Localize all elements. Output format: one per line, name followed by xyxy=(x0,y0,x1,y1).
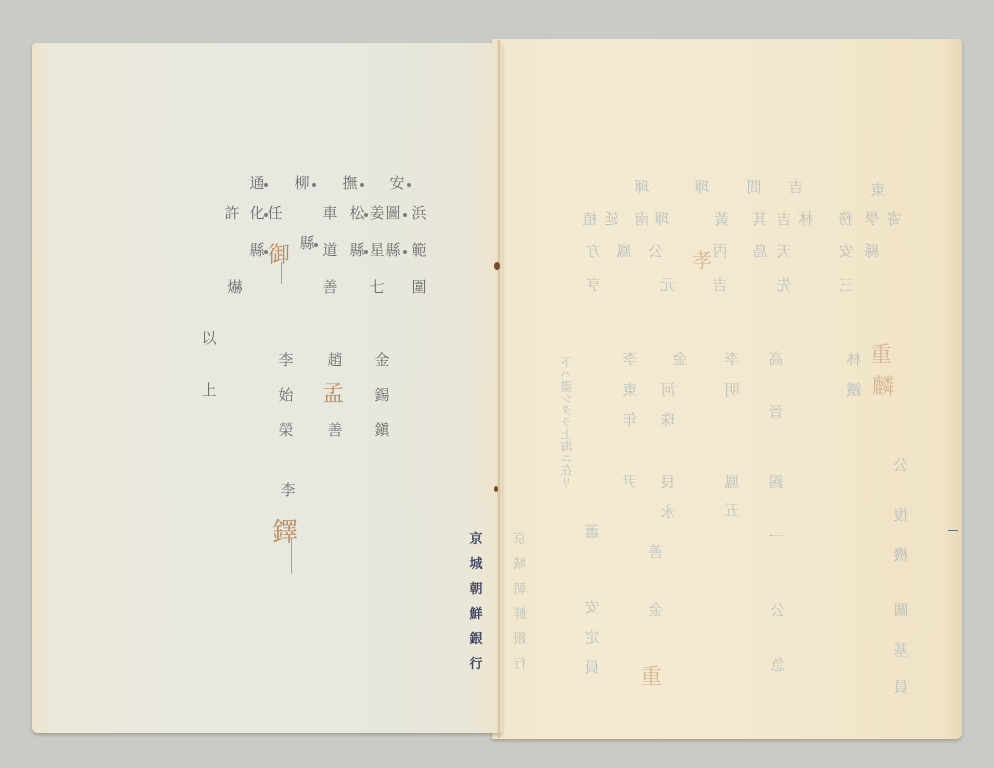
ghost-char: 丙 xyxy=(712,244,728,259)
ghost-signature: 麟 xyxy=(872,370,894,401)
char: 柳 xyxy=(294,176,310,191)
ghost-char: 其 xyxy=(752,212,768,227)
char: 松 xyxy=(349,206,365,221)
ghost-char: 先 xyxy=(776,278,792,293)
ghost-char: 朝 xyxy=(512,582,528,597)
char: 榮 xyxy=(278,423,294,438)
char: 化 xyxy=(249,206,265,221)
ghost-char: 琿 xyxy=(694,180,710,195)
emphasis-dot xyxy=(264,183,268,187)
ghost-char: 天 xyxy=(776,244,792,259)
ghost-char: 間 xyxy=(746,180,762,195)
signature-ye: 御 xyxy=(268,238,290,269)
ghost-char: 林 xyxy=(798,212,814,227)
char: 七 xyxy=(369,280,385,295)
ghost-char: 縣 xyxy=(864,244,880,259)
emphasis-dot xyxy=(364,213,368,217)
ghost-char: 珠 xyxy=(660,413,676,428)
ghost-char: 鮮 xyxy=(512,607,528,622)
ghost-char: 三 xyxy=(838,278,854,293)
char: 爀 xyxy=(227,280,243,295)
emphasis-dot xyxy=(364,250,368,254)
emphasis-dot xyxy=(264,250,268,254)
char: 趙 xyxy=(327,353,343,368)
ghost-char: 李 xyxy=(724,352,740,367)
char: 車 xyxy=(322,206,338,221)
ghost-char: 明 xyxy=(724,383,740,398)
ghost-char: 安 xyxy=(838,244,854,259)
char: 縣 xyxy=(299,236,315,251)
signature-stroke xyxy=(281,262,282,284)
char: 圍 xyxy=(411,280,427,295)
ghost-char: 務 xyxy=(838,212,854,227)
ghost-char: 員 xyxy=(893,680,909,695)
ghost-char: 機 xyxy=(893,548,909,563)
ghost-char: 琿 xyxy=(634,180,650,195)
ghost-char: 金 xyxy=(672,352,688,367)
ghost-char: 植 xyxy=(582,212,598,227)
char: 鎭 xyxy=(374,423,390,438)
ghost-char: 鳳 xyxy=(616,244,632,259)
ghost-char: 基 xyxy=(893,643,909,658)
ghost-char: 永 xyxy=(660,505,676,520)
ghost-char: 定 xyxy=(584,630,600,645)
ghost-char: 林 xyxy=(846,352,862,367)
ghost-char: 復 xyxy=(893,508,909,523)
ghost-char: 城 xyxy=(512,557,528,572)
signature-mong: 孟 xyxy=(322,377,344,408)
ghost-note: 下ハ盡シタラ上海ニ在リ xyxy=(560,332,574,512)
char: 撫 xyxy=(342,176,358,191)
ghost-char: 鳳 xyxy=(724,475,740,490)
ghost-char: 學 xyxy=(864,212,880,227)
char: 星 xyxy=(369,243,385,258)
ghost-char: 亨 xyxy=(586,278,602,293)
char: 京 xyxy=(468,532,484,547)
char: 範 xyxy=(411,243,427,258)
char: 始 xyxy=(278,388,294,403)
char: 許 xyxy=(224,206,240,221)
ghost-char: 關 xyxy=(893,603,909,618)
char: 道 xyxy=(322,243,338,258)
ghost-signature: 孝 xyxy=(692,244,712,273)
char: 縣 xyxy=(249,243,265,258)
char: 金 xyxy=(374,353,390,368)
ghost-char: 鐵 xyxy=(846,383,862,398)
signature-stroke xyxy=(291,538,292,574)
char: 姜 xyxy=(369,206,385,221)
ghost-char: 公 xyxy=(893,458,909,473)
ghost-char: 公 xyxy=(770,603,786,618)
ghost-char: 島 xyxy=(752,244,768,259)
char: 浜 xyxy=(411,206,427,221)
char: 圖 xyxy=(385,206,401,221)
char: 以 xyxy=(201,331,217,346)
emphasis-dot xyxy=(314,243,318,247)
char: 銀 xyxy=(468,632,484,647)
ghost-char: 寄 xyxy=(886,212,902,227)
ghost-char: 一 xyxy=(768,530,784,545)
emphasis-dot xyxy=(312,183,316,187)
char: 城 xyxy=(468,557,484,572)
signature-taek: 鐸 xyxy=(272,512,298,549)
left-page xyxy=(32,43,502,733)
ghost-char: 吉 xyxy=(788,180,804,195)
char: 上 xyxy=(201,383,217,398)
ghost-char: 善 xyxy=(648,545,664,560)
char: 行 xyxy=(468,657,484,672)
char: 鮮 xyxy=(468,607,484,622)
ghost-char: 方 xyxy=(586,244,602,259)
ghost-char: 吉 xyxy=(776,212,792,227)
ghost-char: 錫 xyxy=(768,475,784,490)
ghost-char: 晉 xyxy=(768,405,784,420)
edge-mark xyxy=(948,530,958,531)
char: 縣 xyxy=(349,243,365,258)
ghost-signature: 重 xyxy=(640,660,662,691)
emphasis-dot xyxy=(264,213,268,217)
char: 善 xyxy=(322,280,338,295)
char: 李 xyxy=(278,353,294,368)
emphasis-dot xyxy=(360,183,364,187)
ghost-char: 南 xyxy=(634,212,650,227)
ghost-char: 行 xyxy=(512,657,528,672)
char: 安 xyxy=(389,176,405,191)
emphasis-dot xyxy=(403,213,407,217)
ghost-char: 河 xyxy=(660,383,676,398)
binding-hole-top xyxy=(494,262,500,270)
spine-fold xyxy=(497,40,501,738)
char: 善 xyxy=(327,423,343,438)
ghost-signature: 重 xyxy=(870,338,892,369)
char: 通 xyxy=(249,176,265,191)
emphasis-dot xyxy=(403,250,407,254)
ghost-char: 尹 xyxy=(622,475,638,490)
ghost-char: 金 xyxy=(648,603,664,618)
ghost-char: 安 xyxy=(584,600,600,615)
ghost-char: 高 xyxy=(768,352,784,367)
ghost-char: 艮 xyxy=(660,475,676,490)
ghost-char: 五 xyxy=(724,503,740,518)
char: 朝 xyxy=(468,582,484,597)
ghost-char: 東 xyxy=(870,183,886,198)
ghost-char: 黃 xyxy=(714,212,730,227)
ghost-char: 吉 xyxy=(712,278,728,293)
ghost-char: 蕭 xyxy=(584,525,600,540)
ghost-char: 急 xyxy=(770,658,786,673)
char: 任 xyxy=(267,206,283,221)
ghost-char: 東 xyxy=(622,383,638,398)
ghost-char: 李 xyxy=(622,352,638,367)
ghost-char: 銀 xyxy=(512,632,528,647)
ghost-char: 員 xyxy=(584,660,600,675)
emphasis-dot xyxy=(407,183,411,187)
ghost-char: 年 xyxy=(622,413,638,428)
ghost-char: 元 xyxy=(660,278,676,293)
ghost-char: 京 xyxy=(512,532,528,547)
char: 縣 xyxy=(385,243,401,258)
char: 李 xyxy=(280,483,296,498)
char: 錫 xyxy=(374,388,390,403)
ghost-char: 琿 xyxy=(654,212,670,227)
ghost-char: 延 xyxy=(604,212,620,227)
ghost-char: 公 xyxy=(648,244,664,259)
binding-hole-bottom xyxy=(494,486,498,492)
